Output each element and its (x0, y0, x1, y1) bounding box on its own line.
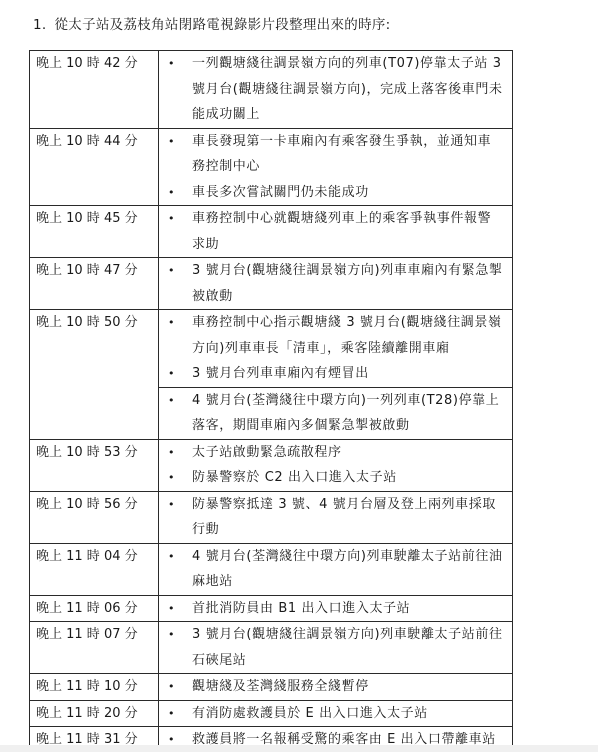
document-page: 1.從太子站及荔枝角站閉路電視錄影片段整理出來的時序: 晚上 10 時 42 分… (0, 0, 598, 745)
event-text: 有消防處救護員於 E 出入口進入太子站 (192, 701, 504, 727)
event-list-item: •車長發現第一卡車廂內有乘客發生爭執，並通知車務控制中心 (159, 129, 512, 180)
time-cell: 晚上 11 時 07 分 (30, 622, 159, 674)
event-cell: •一列觀塘綫往調景嶺方向的列車(T07)停靠太子站 3 號月台(觀塘綫往調景嶺方… (159, 51, 513, 129)
event-cell: •首批消防員由 B1 出入口進入太子站 (159, 595, 513, 622)
section-heading: 1.從太子站及荔枝角站閉路電視錄影片段整理出來的時序: (33, 13, 391, 33)
bullet-icon: • (168, 310, 192, 336)
event-cell: •車長發現第一卡車廂內有乘客發生爭執，並通知車務控制中心•車長多次嘗試關門仍未能… (159, 128, 513, 206)
event-text: 車務控制中心就觀塘綫列車上的乘客爭執事件報警求助 (192, 206, 504, 257)
event-text: 防暴警察抵達 3 號、4 號月台層及登上兩列車採取行動 (192, 492, 504, 543)
timeline-row: 晚上 10 時 42 分•一列觀塘綫往調景嶺方向的列車(T07)停靠太子站 3 … (30, 51, 513, 129)
event-list-item: •防暴警察於 C2 出入口進入太子站 (159, 465, 512, 491)
bullet-icon: • (168, 465, 192, 491)
bullet-icon: • (168, 440, 192, 466)
event-group: •車長發現第一卡車廂內有乘客發生爭執，並通知車務控制中心•車長多次嘗試關門仍未能… (159, 129, 512, 206)
timeline-row: 晚上 10 時 44 分•車長發現第一卡車廂內有乘客發生爭執，並通知車務控制中心… (30, 128, 513, 206)
event-group: •首批消防員由 B1 出入口進入太子站 (159, 596, 512, 622)
event-group: •3 號月台(觀塘綫往調景嶺方向)列車車廂內有緊急掣被啟動 (159, 258, 512, 309)
event-cell: •觀塘綫及荃灣綫服務全綫暫停 (159, 674, 513, 701)
event-text: 防暴警察於 C2 出入口進入太子站 (192, 465, 504, 491)
event-group: •防暴警察抵達 3 號、4 號月台層及登上兩列車採取行動 (159, 492, 512, 543)
event-cell: •太子站啟動緊急疏散程序•防暴警察於 C2 出入口進入太子站 (159, 439, 513, 491)
timeline-row: 晚上 10 時 47 分•3 號月台(觀塘綫往調景嶺方向)列車車廂內有緊急掣被啟… (30, 258, 513, 310)
timeline-row: 晚上 11 時 06 分•首批消防員由 B1 出入口進入太子站 (30, 595, 513, 622)
event-text: 4 號月台(荃灣綫往中環方向)一列列車(T28)停靠上落客，期間車廂內多個緊急掣… (192, 388, 504, 439)
event-group: •4 號月台(荃灣綫往中環方向)列車駛離太子站前往油麻地站 (159, 544, 512, 595)
event-list-item: •車務控制中心指示觀塘綫 3 號月台(觀塘綫往調景嶺方向)列車車長「清車」，乘客… (159, 310, 512, 361)
event-group: •太子站啟動緊急疏散程序•防暴警察於 C2 出入口進入太子站 (159, 440, 512, 491)
section-title: 從太子站及荔枝角站閉路電視錄影片段整理出來的時序: (54, 17, 390, 33)
event-text: 觀塘綫及荃灣綫服務全綫暫停 (192, 674, 504, 700)
time-cell: 晚上 10 時 45 分 (30, 206, 159, 258)
event-cell: •有消防處救護員於 E 出入口進入太子站 (159, 700, 513, 727)
bullet-icon: • (168, 258, 192, 284)
time-cell: 晚上 10 時 44 分 (30, 128, 159, 206)
event-list-item: •4 號月台(荃灣綫往中環方向)一列列車(T28)停靠上落客，期間車廂內多個緊急… (159, 388, 512, 439)
event-cell: •車務控制中心就觀塘綫列車上的乘客爭執事件報警求助 (159, 206, 513, 258)
event-list-item: •太子站啟動緊急疏散程序 (159, 440, 512, 466)
event-cell: •3 號月台(觀塘綫往調景嶺方向)列車車廂內有緊急掣被啟動 (159, 258, 513, 310)
page-bottom-edge (0, 745, 598, 752)
timeline-row: 晚上 11 時 04 分•4 號月台(荃灣綫往中環方向)列車駛離太子站前往油麻地… (30, 543, 513, 595)
time-cell: 晚上 11 時 20 分 (30, 700, 159, 727)
event-text: 一列觀塘綫往調景嶺方向的列車(T07)停靠太子站 3 號月台(觀塘綫往調景嶺方向… (192, 51, 504, 128)
event-list-item: •4 號月台(荃灣綫往中環方向)列車駛離太子站前往油麻地站 (159, 544, 512, 595)
event-list-item: •車長多次嘗試關門仍未能成功 (159, 180, 512, 206)
bullet-icon: • (168, 361, 192, 387)
bullet-icon: • (168, 51, 192, 77)
bullet-icon: • (168, 596, 192, 622)
bullet-icon: • (168, 129, 192, 155)
event-group: •車務控制中心指示觀塘綫 3 號月台(觀塘綫往調景嶺方向)列車車長「清車」，乘客… (159, 310, 512, 387)
timeline-row: 晚上 10 時 50 分•車務控制中心指示觀塘綫 3 號月台(觀塘綫往調景嶺方向… (30, 310, 513, 440)
event-group: •有消防處救護員於 E 出入口進入太子站 (159, 701, 512, 727)
event-cell: •4 號月台(荃灣綫往中環方向)列車駛離太子站前往油麻地站 (159, 543, 513, 595)
event-group: •一列觀塘綫往調景嶺方向的列車(T07)停靠太子站 3 號月台(觀塘綫往調景嶺方… (159, 51, 512, 128)
event-group: •觀塘綫及荃灣綫服務全綫暫停 (159, 674, 512, 700)
time-cell: 晚上 10 時 50 分 (30, 310, 159, 440)
event-list-item: •首批消防員由 B1 出入口進入太子站 (159, 596, 512, 622)
timeline-body: 晚上 10 時 42 分•一列觀塘綫往調景嶺方向的列車(T07)停靠太子站 3 … (30, 51, 513, 752)
event-cell: •防暴警察抵達 3 號、4 號月台層及登上兩列車採取行動 (159, 491, 513, 543)
section-number: 1. (33, 17, 46, 33)
time-cell: 晚上 10 時 56 分 (30, 491, 159, 543)
timeline-row: 晚上 11 時 20 分•有消防處救護員於 E 出入口進入太子站 (30, 700, 513, 727)
timeline-row: 晚上 10 時 53 分•太子站啟動緊急疏散程序•防暴警察於 C2 出入口進入太… (30, 439, 513, 491)
event-text: 車務控制中心指示觀塘綫 3 號月台(觀塘綫往調景嶺方向)列車車長「清車」，乘客陸… (192, 310, 504, 361)
event-text: 太子站啟動緊急疏散程序 (192, 440, 504, 466)
event-list-item: •3 號月台(觀塘綫往調景嶺方向)列車車廂內有緊急掣被啟動 (159, 258, 512, 309)
timeline-row: 晚上 10 時 56 分•防暴警察抵達 3 號、4 號月台層及登上兩列車採取行動 (30, 491, 513, 543)
time-cell: 晚上 10 時 47 分 (30, 258, 159, 310)
event-list-item: •3 號月台列車車廂內有煙冒出 (159, 361, 512, 387)
event-text: 車長多次嘗試關門仍未能成功 (192, 180, 504, 206)
event-text: 4 號月台(荃灣綫往中環方向)列車駛離太子站前往油麻地站 (192, 544, 504, 595)
bullet-icon: • (168, 701, 192, 727)
bullet-icon: • (168, 180, 192, 206)
event-list-item: •有消防處救護員於 E 出入口進入太子站 (159, 701, 512, 727)
timeline-row: 晚上 11 時 10 分•觀塘綫及荃灣綫服務全綫暫停 (30, 674, 513, 701)
timeline-row: 晚上 11 時 07 分•3 號月台(觀塘綫往調景嶺方向)列車駛離太子站前往石硤… (30, 622, 513, 674)
event-list-item: •車務控制中心就觀塘綫列車上的乘客爭執事件報警求助 (159, 206, 512, 257)
time-cell: 晚上 11 時 10 分 (30, 674, 159, 701)
bullet-icon: • (168, 622, 192, 648)
event-group: •車務控制中心就觀塘綫列車上的乘客爭執事件報警求助 (159, 206, 512, 257)
event-text: 3 號月台(觀塘綫往調景嶺方向)列車駛離太子站前往石硤尾站 (192, 622, 504, 673)
event-group: •4 號月台(荃灣綫往中環方向)一列列車(T28)停靠上落客，期間車廂內多個緊急… (159, 387, 512, 439)
bullet-icon: • (168, 674, 192, 700)
time-cell: 晚上 11 時 04 分 (30, 543, 159, 595)
event-list-item: •一列觀塘綫往調景嶺方向的列車(T07)停靠太子站 3 號月台(觀塘綫往調景嶺方… (159, 51, 512, 128)
time-cell: 晚上 10 時 53 分 (30, 439, 159, 491)
event-list-item: •3 號月台(觀塘綫往調景嶺方向)列車駛離太子站前往石硤尾站 (159, 622, 512, 673)
event-text: 首批消防員由 B1 出入口進入太子站 (192, 596, 504, 622)
bullet-icon: • (168, 492, 192, 518)
bullet-icon: • (168, 544, 192, 570)
event-cell: •車務控制中心指示觀塘綫 3 號月台(觀塘綫往調景嶺方向)列車車長「清車」，乘客… (159, 310, 513, 440)
timeline-table: 晚上 10 時 42 分•一列觀塘綫往調景嶺方向的列車(T07)停靠太子站 3 … (29, 50, 513, 752)
time-cell: 晚上 11 時 06 分 (30, 595, 159, 622)
event-list-item: •防暴警察抵達 3 號、4 號月台層及登上兩列車採取行動 (159, 492, 512, 543)
bullet-icon: • (168, 206, 192, 232)
event-cell: •3 號月台(觀塘綫往調景嶺方向)列車駛離太子站前往石硤尾站 (159, 622, 513, 674)
time-cell: 晚上 10 時 42 分 (30, 51, 159, 129)
event-group: •3 號月台(觀塘綫往調景嶺方向)列車駛離太子站前往石硤尾站 (159, 622, 512, 673)
timeline-row: 晚上 10 時 45 分•車務控制中心就觀塘綫列車上的乘客爭執事件報警求助 (30, 206, 513, 258)
event-text: 3 號月台列車車廂內有煙冒出 (192, 361, 504, 387)
event-list-item: •觀塘綫及荃灣綫服務全綫暫停 (159, 674, 512, 700)
event-text: 3 號月台(觀塘綫往調景嶺方向)列車車廂內有緊急掣被啟動 (192, 258, 504, 309)
event-text: 車長發現第一卡車廂內有乘客發生爭執，並通知車務控制中心 (192, 129, 504, 180)
bullet-icon: • (168, 388, 192, 414)
